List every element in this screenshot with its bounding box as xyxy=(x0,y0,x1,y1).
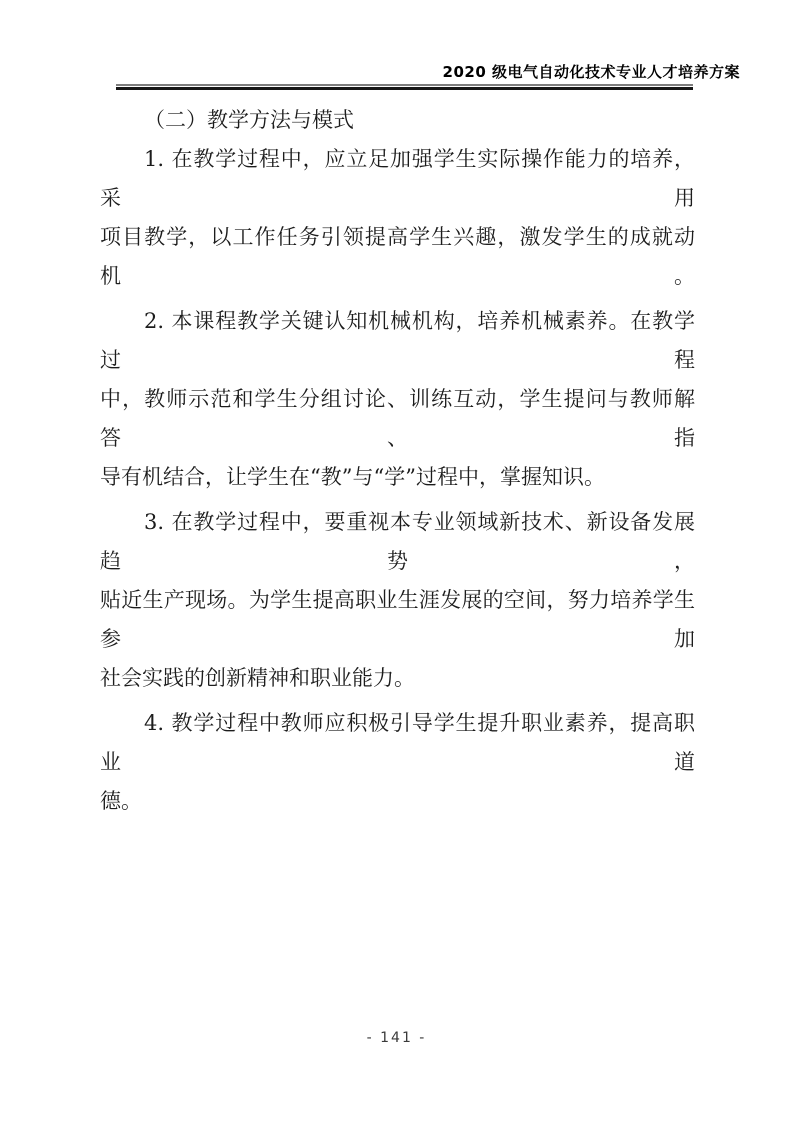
section-heading: （二）教学方法与模式 xyxy=(100,101,695,140)
paragraph-line: 中，教师示范和学生分组讨论、训练互动，学生提问与教师解答、指 xyxy=(100,380,695,458)
paragraph-line: 2. 本课程教学关键认知机械机构，培养机械素养。在教学过程 xyxy=(100,302,695,380)
header-title: 2020 级电气自动化技术专业人才培养方案 xyxy=(100,62,740,82)
paragraph-4: 4. 教学过程中教师应积极引导学生提升职业素养，提高职业道 德。 xyxy=(100,704,695,821)
paragraph-line: 3. 在教学过程中，要重视本专业领域新技术、新设备发展趋势， xyxy=(100,503,695,581)
paragraph-line: 4. 教学过程中教师应积极引导学生提升职业素养，提高职业道 xyxy=(100,704,695,782)
paragraph-line: 社会实践的创新精神和职业能力。 xyxy=(100,659,695,698)
paragraph-line: 德。 xyxy=(100,782,695,821)
document-body: （二）教学方法与模式 1. 在教学过程中，应立足加强学生实际操作能力的培养，采用… xyxy=(100,101,695,827)
paragraph-2: 2. 本课程教学关键认知机械机构，培养机械素养。在教学过程 中，教师示范和学生分… xyxy=(100,302,695,497)
document-page: 2020 级电气自动化技术专业人才培养方案 （二）教学方法与模式 1. 在教学过… xyxy=(0,0,793,1122)
paragraph-1: 1. 在教学过程中，应立足加强学生实际操作能力的培养，采用 项目教学，以工作任务… xyxy=(100,140,695,296)
header-rule xyxy=(116,84,693,90)
page-number: - 141 - xyxy=(367,1030,427,1046)
paragraph-3: 3. 在教学过程中，要重视本专业领域新技术、新设备发展趋势， 贴近生产现场。为学… xyxy=(100,503,695,698)
page-footer: - 141 - xyxy=(0,1029,793,1047)
paragraph-line: 项目教学，以工作任务引领提高学生兴趣，激发学生的成就动机。 xyxy=(100,218,695,296)
paragraph-line: 导有机结合，让学生在“教”与“学”过程中，掌握知识。 xyxy=(100,458,695,497)
page-header: 2020 级电气自动化技术专业人才培养方案 xyxy=(100,62,740,90)
paragraph-line: 贴近生产现场。为学生提高职业生涯发展的空间，努力培养学生参加 xyxy=(100,581,695,659)
paragraph-line: 1. 在教学过程中，应立足加强学生实际操作能力的培养，采用 xyxy=(100,140,695,218)
